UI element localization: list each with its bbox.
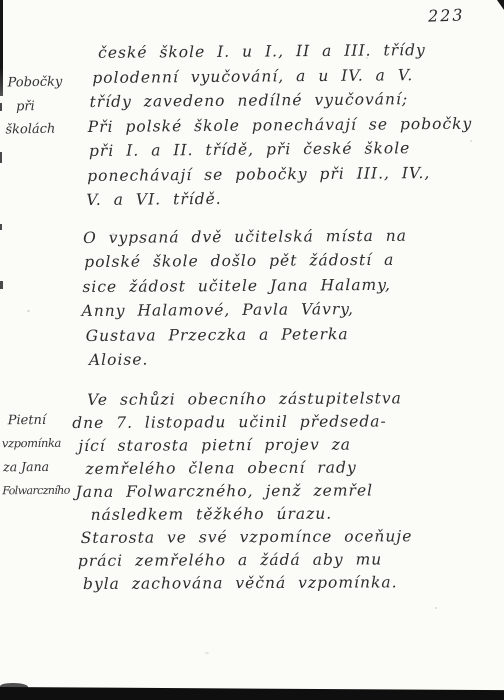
handwritten-line: Ve schůzi obecního zástupitelstva — [87, 387, 412, 412]
paper-speckle — [435, 607, 437, 609]
handwritten-line: ponechávají se pobočky při III., IV., — [87, 160, 473, 188]
handwritten-line: Gustava Przeczka a Peterka — [86, 321, 408, 348]
margin-note-line: Pobočky — [7, 71, 62, 95]
binding-edge-dash — [0, 152, 2, 163]
binding-edge-dash — [0, 224, 2, 230]
handwritten-line: Při polské škole ponechávají se pobočky — [88, 111, 473, 139]
paper-speckle — [27, 310, 30, 312]
paragraph-memorial-speech: Ve schůzi obecního zástupitelstva dne 7.… — [74, 387, 413, 596]
handwritten-line: Jana Folwarczného, jenž zemřel — [75, 479, 412, 504]
margin-note-pietni-vzpominka: Pietní vzpomínka za Jana Folwarczního — [2, 409, 70, 502]
handwritten-line: zemřelého člena obecní rady — [85, 456, 412, 481]
handwritten-line: byla zachována věčná vzpomínka. — [83, 571, 413, 596]
handwritten-line: třídy zavedeno nedílné vyučování; — [89, 87, 472, 115]
handwritten-line: polské škole došlo pět žádostí a — [84, 248, 407, 275]
handwritten-line: jící starosta pietní projev za — [78, 433, 412, 458]
margin-note-line: Pietní — [8, 409, 70, 433]
scanned-manuscript-page: 223 Pobočky při školách Pietní vzpomínka… — [0, 0, 504, 700]
paper-speckle — [205, 652, 209, 654]
handwritten-line: O vypsaná dvě učitelská místa na — [83, 224, 407, 251]
paragraph-teacher-applications: O vypsaná dvě učitelská místa na polské … — [82, 224, 408, 373]
paragraph-school-branches: české škole I. u I., II a III. třídy pol… — [87, 38, 473, 213]
margin-note-pobocky: Pobočky při školách — [7, 71, 63, 142]
binding-edge-mark — [0, 0, 3, 96]
handwritten-line: práci zemřelého a žádá aby mu — [78, 548, 413, 573]
binding-edge-dash — [0, 103, 2, 111]
page-number: 223 — [428, 5, 465, 25]
handwritten-line: dne 7. listopadu učinil předseda- — [72, 410, 412, 435]
handwritten-line: polodenní vyučování, a u IV. a V. — [92, 62, 472, 90]
margin-note-line: Folwarczního — [2, 478, 70, 502]
handwritten-line: Starosta ve své vzpomínce oceňuje — [81, 525, 413, 550]
handwritten-line: při I. a II. třídě, při české škole — [89, 136, 473, 164]
margin-note-line: školách — [5, 118, 63, 143]
handwritten-line: sice žádost učitele Jana Halamy, — [82, 273, 407, 300]
margin-note-line: při — [16, 94, 63, 118]
binding-edge-dash — [0, 281, 3, 289]
handwritten-line: české škole I. u I., II a III. třídy — [98, 38, 472, 66]
margin-note-line: vzpomínka — [2, 432, 70, 456]
handwritten-line: následkem těžkého úrazu. — [91, 502, 413, 527]
handwritten-line: Aloise. — [89, 346, 408, 373]
scan-bottom-edge — [0, 687, 504, 700]
handwritten-line: V. a VI. třídě. — [86, 185, 473, 213]
margin-note-line: za Jana — [3, 455, 70, 479]
scan-corner-mark — [497, 0, 504, 10]
handwritten-line: Anny Halamové, Pavla Vávry, — [82, 297, 408, 324]
